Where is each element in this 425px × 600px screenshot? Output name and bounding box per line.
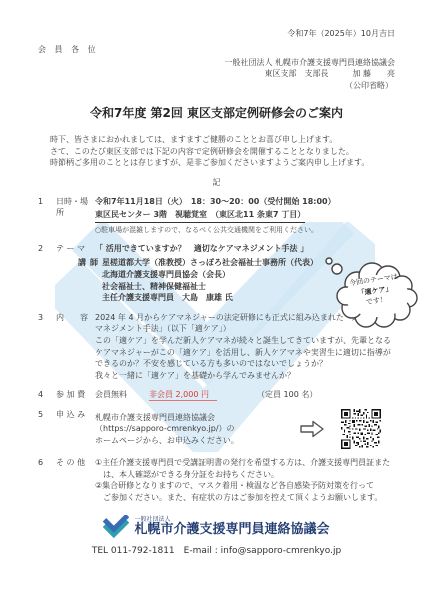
greeting-line: 時節柄ご多用のこととは存じますが、是非ご参加くださいますようご案内申し上げます。 bbox=[50, 157, 395, 169]
apply-url: （https://sapporo-cmrenkyo.jp/）の bbox=[95, 423, 239, 435]
right-arrow-icon bbox=[299, 419, 325, 439]
parking-note: ○駐車場が混雑しますので、なるべく公共交通機関をご利用ください。 bbox=[95, 225, 395, 235]
greeting-line: さて、このたび東区支部では下記の内容で定例研修会を開催することとなりました。 bbox=[50, 146, 395, 158]
section-number: 2 bbox=[38, 243, 56, 255]
other-note-1: ①主任介護支援専門員で受講証明書の発行を希望する方は、介護支援専門員証また bbox=[95, 457, 395, 469]
sender-org: 一般社団法人 札幌市介護支援専門員連絡協議会 bbox=[38, 57, 395, 68]
lecturer-line: 北海道介護支援専門員協会（会長） bbox=[102, 269, 318, 281]
section-fee: 4 参 加 費 会員無料非会員 2,000 円（定員 100 名） bbox=[38, 389, 395, 401]
recipient: 会 員 各 位 bbox=[38, 44, 395, 56]
footer-contact: TEL 011-792-1811 E-mail : info@sapporo-c… bbox=[38, 545, 395, 558]
other-note-1-cont: は、本人確認ができる身分証をお持ちください。 bbox=[95, 469, 395, 481]
document-page: 令和7年（2025年）10月吉日 会 員 各 位 一般社団法人 札幌市介護支援専… bbox=[0, 0, 425, 600]
lecturer-name: 主任介護支援専門員 大島 康雄 氏 bbox=[102, 292, 318, 304]
section-label: 申 込 み bbox=[56, 409, 95, 449]
fee-nonmember: 非会員 2,000 円 bbox=[149, 390, 217, 401]
lecturer-line: 星槎道都大学（准教授）さっぽろ社会福祉士事務所（代表） bbox=[102, 257, 318, 269]
section-number: 6 bbox=[38, 457, 56, 503]
other-note-2-cont: ご参加ください。また、有症状の方はご参加を控えて頂くようお願いします。 bbox=[95, 492, 395, 504]
section-apply: 5 申 込 み 札幌市介護支援専門員連絡協議会 （https://sapporo… bbox=[38, 409, 395, 449]
fee-member: 会員無料 bbox=[95, 390, 127, 399]
section-label: テ ー マ bbox=[56, 243, 95, 255]
footer-org-name: 札幌市介護支援専門員連絡協議会 bbox=[134, 523, 329, 538]
lecturer-label: 講師 bbox=[78, 257, 102, 303]
qr-code bbox=[341, 409, 381, 449]
section-number: 3 bbox=[38, 312, 56, 382]
section-datetime: 1 日時・場所 令和7年11月18日（火） 18：30～20：00（受付開始 1… bbox=[38, 196, 395, 235]
thought-bubble: 今回のテーマは 「適ケア」 です！ bbox=[323, 252, 423, 342]
fee-capacity: （定員 100 名） bbox=[257, 390, 317, 399]
footer: 一般社団法人 札幌市介護支援専門員連絡協議会 TEL 011-792-1811 … bbox=[38, 515, 395, 558]
content-paragraph: 我々と一緒に「適ケア」を基礎から学んでみませんか？ bbox=[95, 370, 395, 382]
section-number: 1 bbox=[38, 196, 56, 235]
event-datetime: 令和7年11月18日（火） 18：30～20：00（受付開始 18:00） bbox=[95, 196, 395, 208]
page-title: 令和7年度 第2回 東区支部定例研修会のご案内 bbox=[38, 105, 395, 122]
section-label: そ の 他 bbox=[56, 457, 95, 503]
apply-instruction: ホームページから、お申込みください。 bbox=[95, 435, 239, 447]
sender-branch: 東区支部 支部長 加 藤 亮 bbox=[38, 68, 395, 79]
heart-logo-icon bbox=[103, 515, 129, 539]
section-number: 4 bbox=[38, 389, 56, 401]
section-number: 5 bbox=[38, 409, 56, 449]
section-label: 参 加 費 bbox=[56, 389, 95, 401]
section-label: 内 容 bbox=[56, 312, 95, 382]
record-marker: 記 bbox=[38, 177, 395, 189]
lecturer-line: 社会福祉士、精神保健福祉士 bbox=[102, 281, 318, 293]
section-label: 日時・場所 bbox=[56, 196, 95, 235]
other-note-2: ②集合研修となりますので、マスク着用・検温など各自感染予防対策を行って bbox=[95, 480, 395, 492]
greeting-line: 時下、皆さまにおかれましては、ますますご健勝のこととお喜び申し上げます。 bbox=[50, 134, 395, 146]
section-other: 6 そ の 他 ①主任介護支援専門員で受講証明書の発行を希望する方は、介護支援専… bbox=[38, 457, 395, 503]
document-date: 令和7年（2025年）10月吉日 bbox=[38, 28, 395, 40]
event-venue: 東区民センター 3階 視聴覚室 （東区北11 条東7 丁目） bbox=[95, 209, 305, 223]
apply-org: 札幌市介護支援専門員連絡協議会 bbox=[95, 412, 239, 424]
greeting-paragraph: 時下、皆さまにおかれましては、ますますご健勝のこととお喜び申し上げます。 さて、… bbox=[50, 134, 395, 169]
seal-note: （公印省略） bbox=[38, 80, 395, 91]
